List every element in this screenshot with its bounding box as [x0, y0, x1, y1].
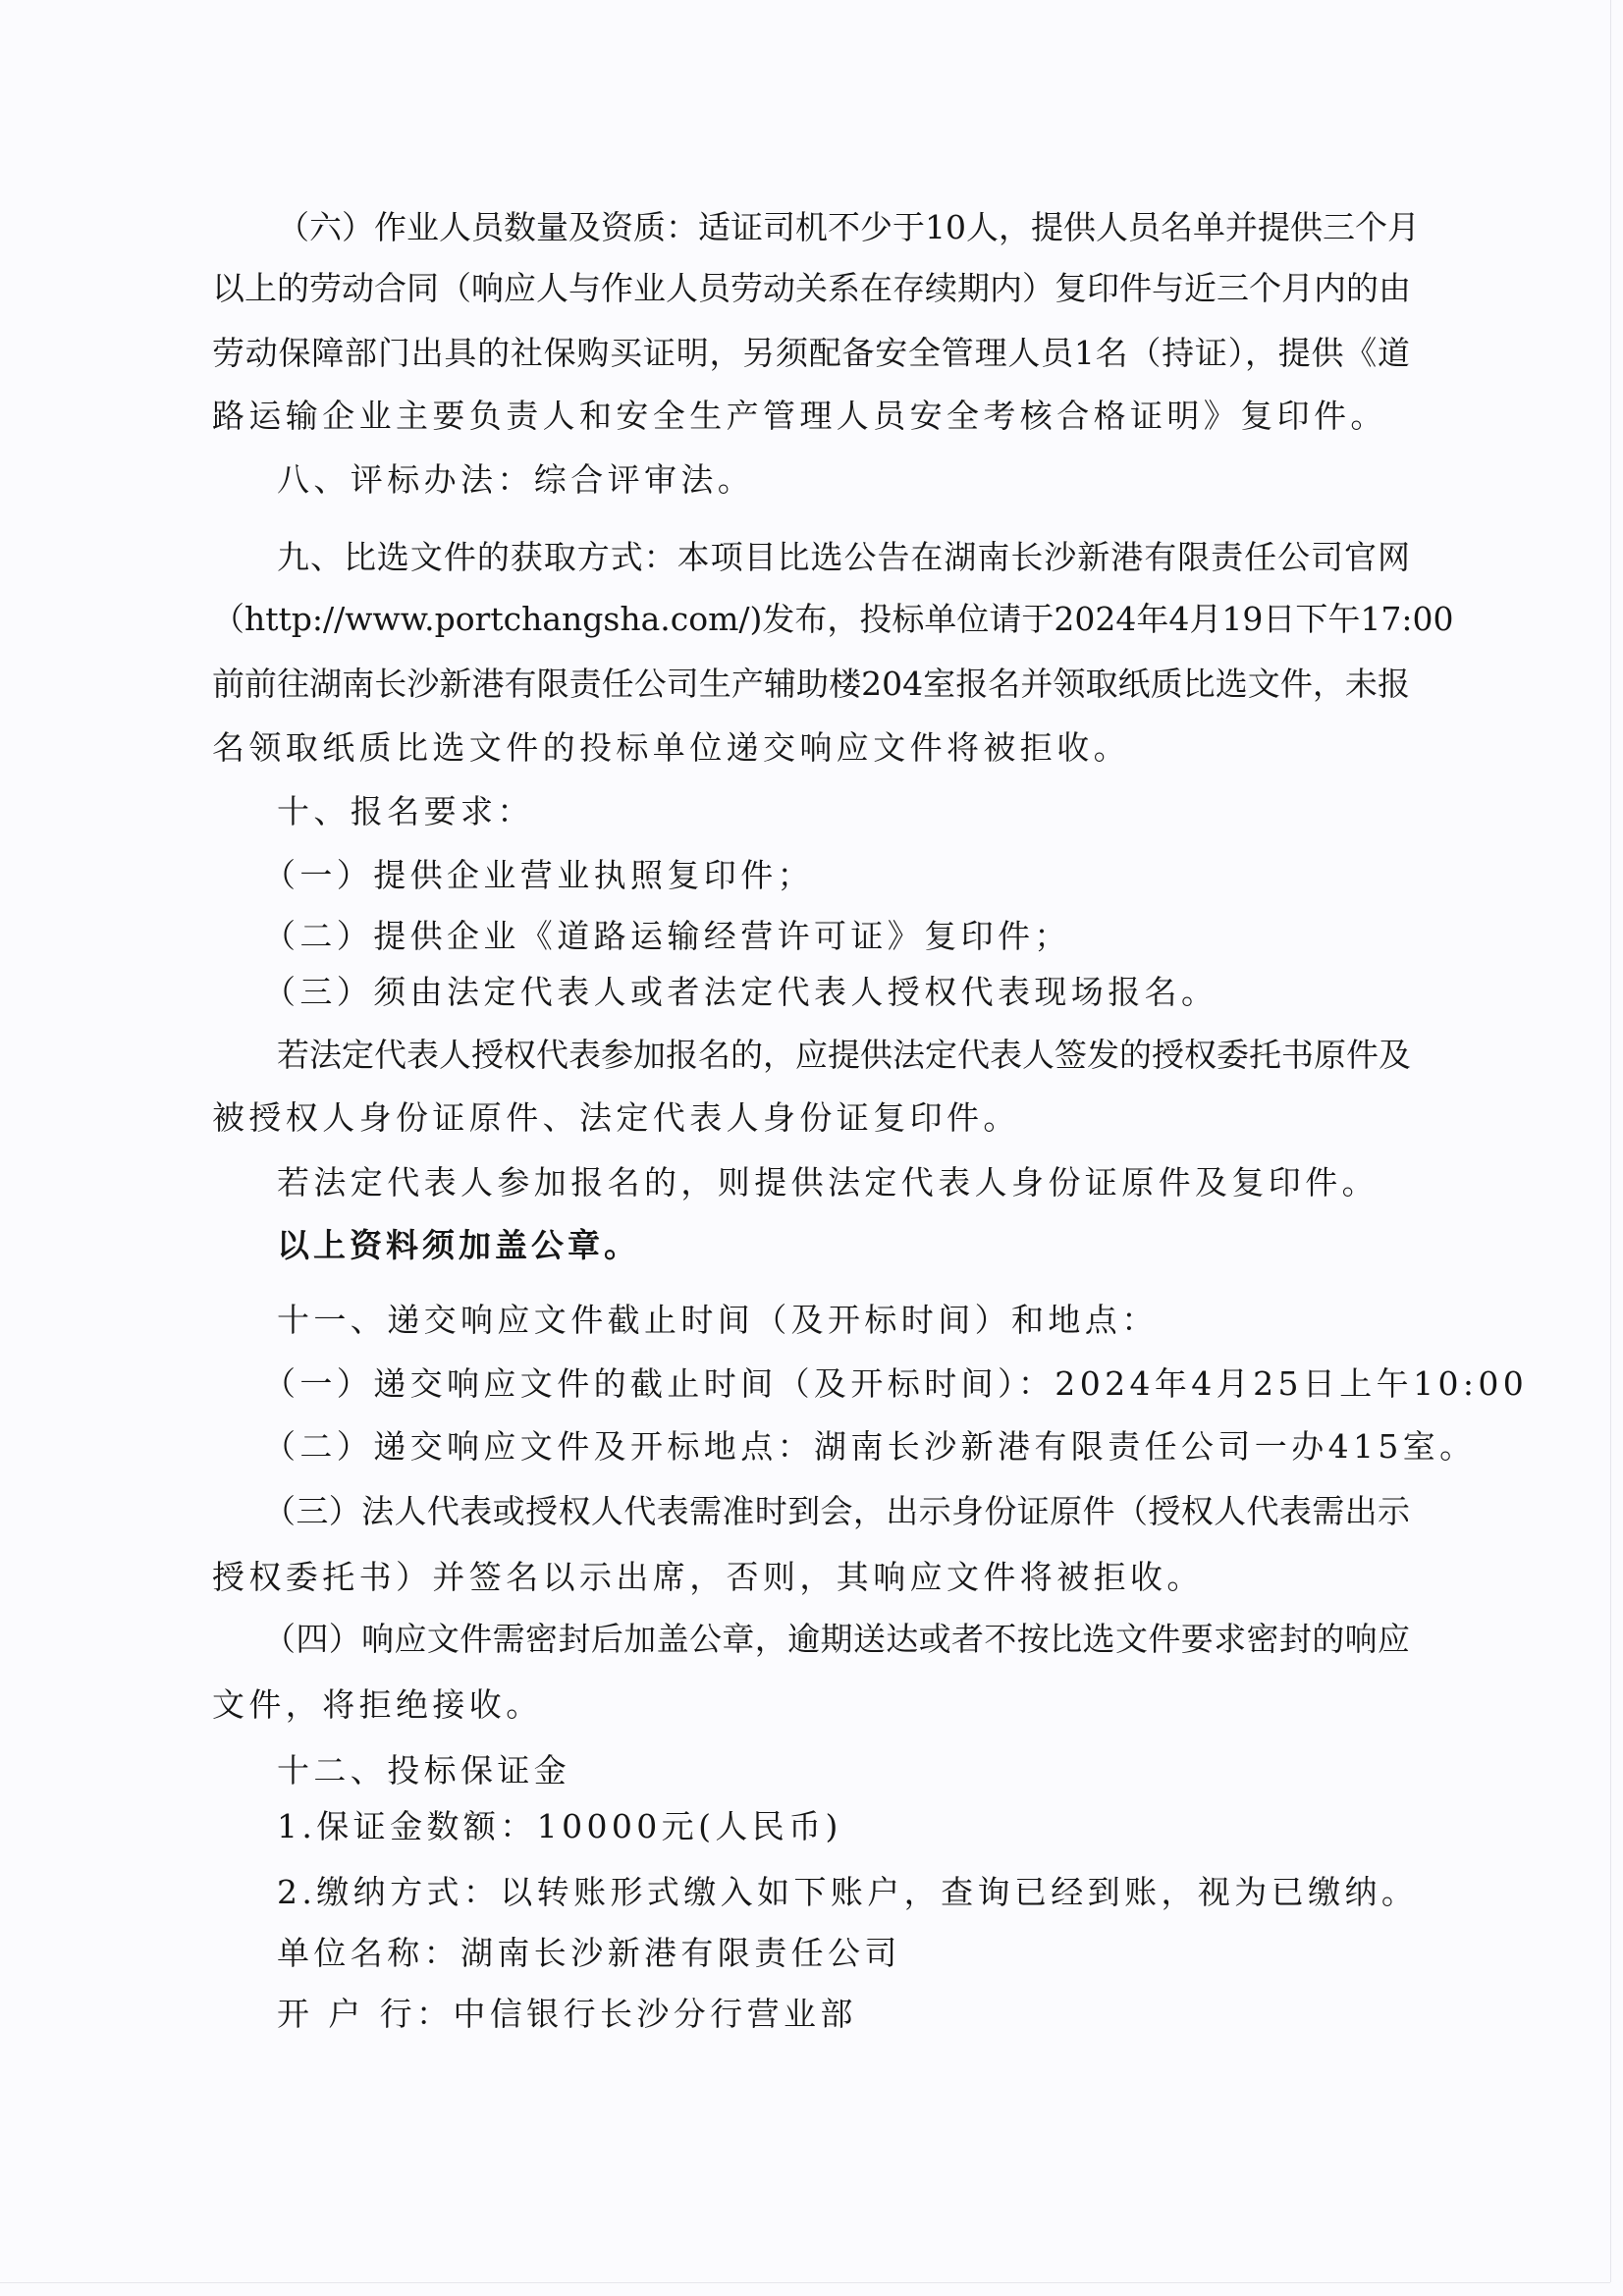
section-11-item-3-line-2: 授权委托书）并签名以示出席，否则，其响应文件将被拒收。 — [212, 1554, 1410, 1601]
section-12-account-name: 单位名称：湖南长沙新港有限责任公司 — [277, 1930, 1475, 1977]
section-10-seal-requirement: 以上资料须加盖公章。 — [277, 1222, 1475, 1269]
section-10-authorized-rep-line-2: 被授权人身份证原件、法定代表人身份证复印件。 — [212, 1095, 1410, 1142]
section-6-staff-qualification-line-2: 以上的劳动合同（响应人与作业人员劳动关系在存续期内）复印件与近三个月内的由 — [212, 265, 1410, 312]
section-11-item-2-location: （二）递交响应文件及开标地点：湖南长沙新港有限责任公司一办415室。 — [263, 1423, 1461, 1470]
section-9-document-acquisition-line-1: 九、比选文件的获取方式：本项目比选公告在湖南长沙新港有限责任公司官网 — [277, 534, 1410, 581]
section-12-heading: 十二、投标保证金 — [277, 1747, 1475, 1794]
section-9-document-acquisition-line-3: 前前往湖南长沙新港有限责任公司生产辅助楼204室报名并领取纸质比选文件，未报 — [212, 661, 1410, 708]
section-12-bank-name: 开 户 行：中信银行长沙分行营业部 — [277, 1991, 1475, 2038]
section-6-staff-qualification-line-4: 路运输企业主要负责人和安全生产管理人员安全考核合格证明》复印件。 — [212, 393, 1410, 440]
section-11-heading: 十一、递交响应文件截止时间（及开标时间）和地点： — [277, 1297, 1475, 1344]
scan-border-right — [1610, 0, 1611, 2282]
section-10-legal-rep-line: 若法定代表人参加报名的，则提供法定代表人身份证原件及复印件。 — [277, 1159, 1475, 1206]
section-6-staff-qualification-line-1: （六）作业人员数量及资质：适证司机不少于10人，提供人员名单并提供三个月 — [277, 204, 1410, 251]
section-9-document-acquisition-line-4: 名领取纸质比选文件的投标单位递交响应文件将被拒收。 — [212, 724, 1410, 772]
scan-border-bottom — [0, 2282, 1610, 2283]
section-10-item-2: （二）提供企业《道路运输经营许可证》复印件； — [263, 913, 1461, 960]
section-10-item-1: （一）提供企业营业执照复印件； — [263, 852, 1461, 899]
section-11-item-3-line-1: （三）法人代表或授权人代表需准时到会，出示身份证原件（授权人代表需出示 — [263, 1488, 1410, 1535]
section-11-item-4-line-1: （四）响应文件需密封后加盖公章，逾期送达或者不按比选文件要求密封的响应 — [263, 1616, 1410, 1663]
section-10-authorized-rep-line-1: 若法定代表人授权代表参加报名的，应提供法定代表人签发的授权委托书原件及 — [277, 1032, 1410, 1079]
section-11-item-4-line-2: 文件，将拒绝接收。 — [212, 1682, 1410, 1729]
section-10-item-3: （三）须由法定代表人或者法定代表人授权代表现场报名。 — [263, 969, 1461, 1016]
section-9-document-acquisition-line-2: （http://www.portchangsha.com/)发布，投标单位请于2… — [212, 596, 1410, 643]
section-6-staff-qualification-line-3: 劳动保障部门出具的社保购买证明，另须配备安全管理人员1名（持证），提供《道 — [212, 330, 1410, 377]
section-8-evaluation-method: 八、评标办法：综合评审法。 — [277, 456, 1475, 504]
section-12-payment-method: 2.缴纳方式：以转账形式缴入如下账户，查询已经到账，视为已缴纳。 — [277, 1869, 1475, 1916]
section-12-deposit-amount: 1.保证金数额：10000元(人民币) — [277, 1803, 1475, 1850]
section-11-item-1-deadline: （一）递交响应文件的截止时间（及开标时间）：2024年4月25日上午10:00 — [263, 1361, 1461, 1408]
section-10-heading: 十、报名要求： — [277, 788, 1475, 835]
document-page: （六）作业人员数量及资质：适证司机不少于10人，提供人员名单并提供三个月 以上的… — [0, 0, 1623, 2296]
